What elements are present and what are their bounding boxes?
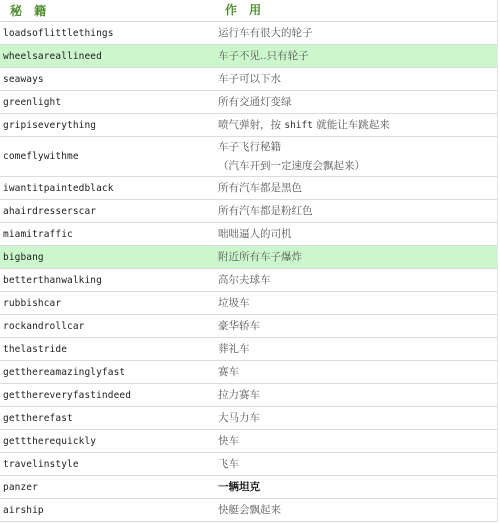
- cheat-effect: 垃圾车: [203, 294, 497, 313]
- cheat-effect: 大马力车: [203, 409, 497, 428]
- cheat-code: getthereveryfastindeed: [0, 390, 203, 401]
- header-code: 秘 籍: [0, 2, 203, 19]
- cheat-code: getttherequickly: [0, 436, 203, 447]
- cheat-effect: 所有汽车都是黑色: [203, 179, 497, 198]
- table-row: rockandrollcar 豪华轿车: [0, 315, 497, 338]
- cheat-code: bigbang: [0, 252, 203, 263]
- table-row: getttherequickly 快车: [0, 430, 497, 453]
- cheat-code: thelastride: [0, 344, 203, 355]
- cheat-effect: 所有交通灯变绿: [203, 93, 497, 112]
- table-row: comeflywithme 车子飞行秘籍 （汽车开到一定速度会飘起来）: [0, 137, 497, 177]
- cheat-code: wheelsareallineed: [0, 51, 203, 62]
- cheat-effect: 赛车: [203, 363, 497, 382]
- table-row: thelastride 葬礼车: [0, 338, 497, 361]
- cheat-code: rubbishcar: [0, 298, 203, 309]
- cheat-code: travelinstyle: [0, 459, 203, 470]
- cheat-code: iwantitpaintedblack: [0, 183, 203, 194]
- cheat-effect: 车子不见..只有轮子: [203, 47, 497, 66]
- table-row: loadsoflittlethings 运行车有很大的轮子: [0, 22, 497, 45]
- cheat-effect: 拉力赛车: [203, 386, 497, 405]
- cheat-effect: 飞车: [203, 455, 497, 474]
- table-row: gripiseverything 喷气弹射，按 shift 就能让车跳起来: [0, 114, 497, 137]
- cheat-effect: 车子飞行秘籍 （汽车开到一定速度会飘起来）: [203, 138, 497, 176]
- cheat-code-table: 秘 籍 作 用 loadsoflittlethings 运行车有很大的轮子 wh…: [0, 0, 498, 522]
- table-row: greenlight 所有交通灯变绿: [0, 91, 497, 114]
- cheat-effect: 运行车有很大的轮子: [203, 24, 497, 43]
- table-row: miamitraffic 咄咄逼人的司机: [0, 223, 497, 246]
- cheat-code: gettherefast: [0, 413, 203, 424]
- cheat-code: gripiseverything: [0, 120, 203, 131]
- cheat-effect: 附近所有车子爆炸: [203, 248, 497, 267]
- table-row: travelinstyle 飞车: [0, 453, 497, 476]
- cheat-effect: 咄咄逼人的司机: [203, 225, 497, 244]
- cheat-code: airship: [0, 505, 203, 516]
- cheat-code: rockandrollcar: [0, 321, 203, 332]
- cheat-code: ahairdresserscar: [0, 206, 203, 217]
- cheat-effect: 葬礼车: [203, 340, 497, 359]
- cheat-code: miamitraffic: [0, 229, 203, 240]
- table-row: airship 快艇会飘起来: [0, 499, 497, 522]
- cheat-code: getthereamazinglyfast: [0, 367, 203, 378]
- cheat-effect: 车子可以下水: [203, 70, 497, 89]
- header-effect: 作 用: [203, 1, 497, 20]
- cheat-effect: 所有汽车都是粉红色: [203, 202, 497, 221]
- cheat-code: seaways: [0, 74, 203, 85]
- cheat-code: greenlight: [0, 97, 203, 108]
- effect-key: shift: [284, 120, 313, 131]
- cheat-effect: 快艇会飘起来: [203, 501, 497, 520]
- table-header: 秘 籍 作 用: [0, 0, 497, 22]
- cheat-code: loadsoflittlethings: [0, 28, 203, 39]
- cheat-effect: 一辆坦克: [203, 478, 497, 497]
- table-row: getthereamazinglyfast 赛车: [0, 361, 497, 384]
- table-row: panzer 一辆坦克: [0, 476, 497, 499]
- table-row: iwantitpaintedblack 所有汽车都是黑色: [0, 177, 497, 200]
- table-row: ahairdresserscar 所有汽车都是粉红色: [0, 200, 497, 223]
- effect-line-1: 车子飞行秘籍: [218, 138, 497, 157]
- cheat-code: betterthanwalking: [0, 275, 203, 286]
- table-row-highlighted: wheelsareallineed 车子不见..只有轮子: [0, 45, 497, 68]
- cheat-effect: 高尔夫球车: [203, 271, 497, 290]
- effect-line-2: （汽车开到一定速度会飘起来）: [218, 157, 497, 176]
- cheat-effect: 豪华轿车: [203, 317, 497, 336]
- table-row: seaways 车子可以下水: [0, 68, 497, 91]
- effect-text-post: 就能让车跳起来: [313, 119, 390, 131]
- cheat-effect: 快车: [203, 432, 497, 451]
- cheat-effect: 喷气弹射，按 shift 就能让车跳起来: [203, 116, 497, 135]
- cheat-code: panzer: [0, 482, 203, 493]
- cheat-code: comeflywithme: [0, 151, 203, 162]
- table-row-highlighted: bigbang 附近所有车子爆炸: [0, 246, 497, 269]
- effect-text-pre: 喷气弹射，按: [218, 119, 284, 131]
- table-row: betterthanwalking 高尔夫球车: [0, 269, 497, 292]
- table-row: getthereveryfastindeed 拉力赛车: [0, 384, 497, 407]
- table-row: rubbishcar 垃圾车: [0, 292, 497, 315]
- table-row: gettherefast 大马力车: [0, 407, 497, 430]
